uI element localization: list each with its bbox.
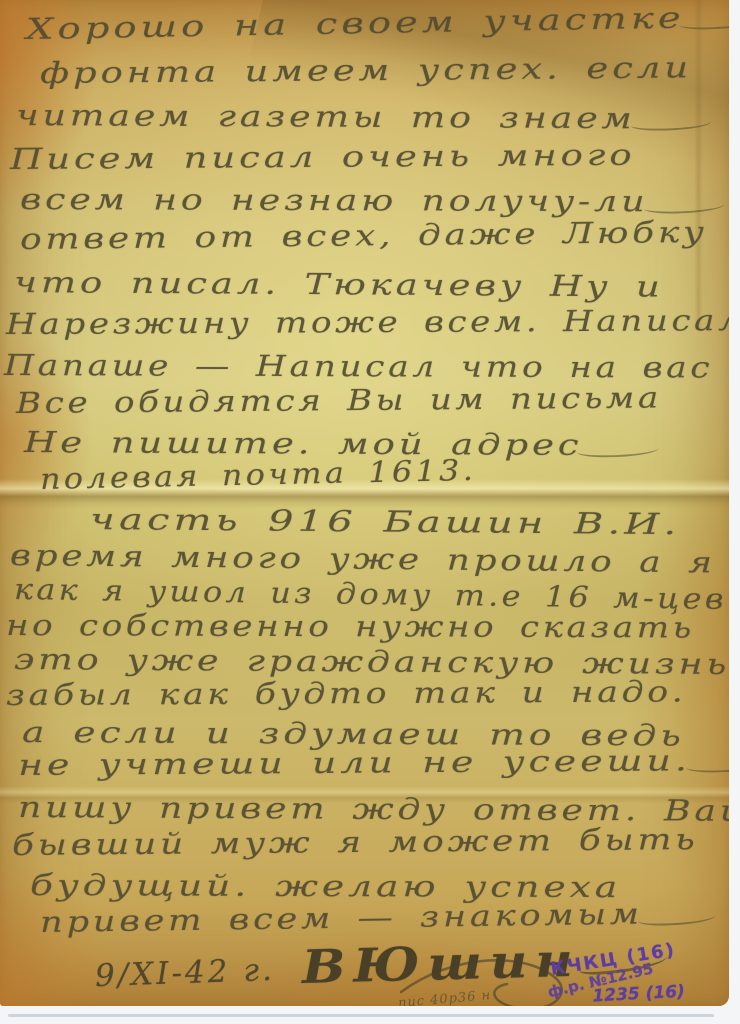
letter-line-4: Писем писал очень много <box>10 138 636 176</box>
scanner-artifact-line <box>8 1014 714 1017</box>
scanned-letter-page: { "document": { "kind": "scanned handwri… <box>0 0 740 1024</box>
letter-line-16: но собственно нужно сказать <box>6 608 695 644</box>
letter-line-13-unit-address: часть 916 Башин В.И. <box>90 502 681 541</box>
letter-line-1: Хорошо на своем участке <box>26 0 729 46</box>
letter-line-5: всем но незнаю получу-ли <box>20 182 724 218</box>
letter-line-8: Нарезжину тоже всем. Написал <box>6 303 729 341</box>
letter-line-7: что писал. Тюкачеву Ну и <box>14 265 664 304</box>
letter-date: 9/XI-42 г. <box>94 952 275 994</box>
letter-line-9: Папаше — Написал что на вас <box>4 348 713 384</box>
handwritten-text-block: Хорошо на своем участке фронта имеем усп… <box>0 0 729 1006</box>
letter-line-10: Все обидятся Вы им письма <box>16 380 662 420</box>
letter-line-6: ответ от всех, даже Любку <box>20 215 708 256</box>
letter-line-20: не учтеши или не усееши. <box>18 743 729 782</box>
letter-scan: Хорошо на своем участке фронта имеем усп… <box>0 0 729 1006</box>
letter-line-2: фронта имеем успех. если <box>40 50 692 90</box>
letter-line-18: забыл как будто так и надо. <box>6 674 687 712</box>
letter-line-22: бывший муж я может быть <box>12 822 699 862</box>
letter-line-3: читаем газеты то знаем <box>16 98 711 136</box>
